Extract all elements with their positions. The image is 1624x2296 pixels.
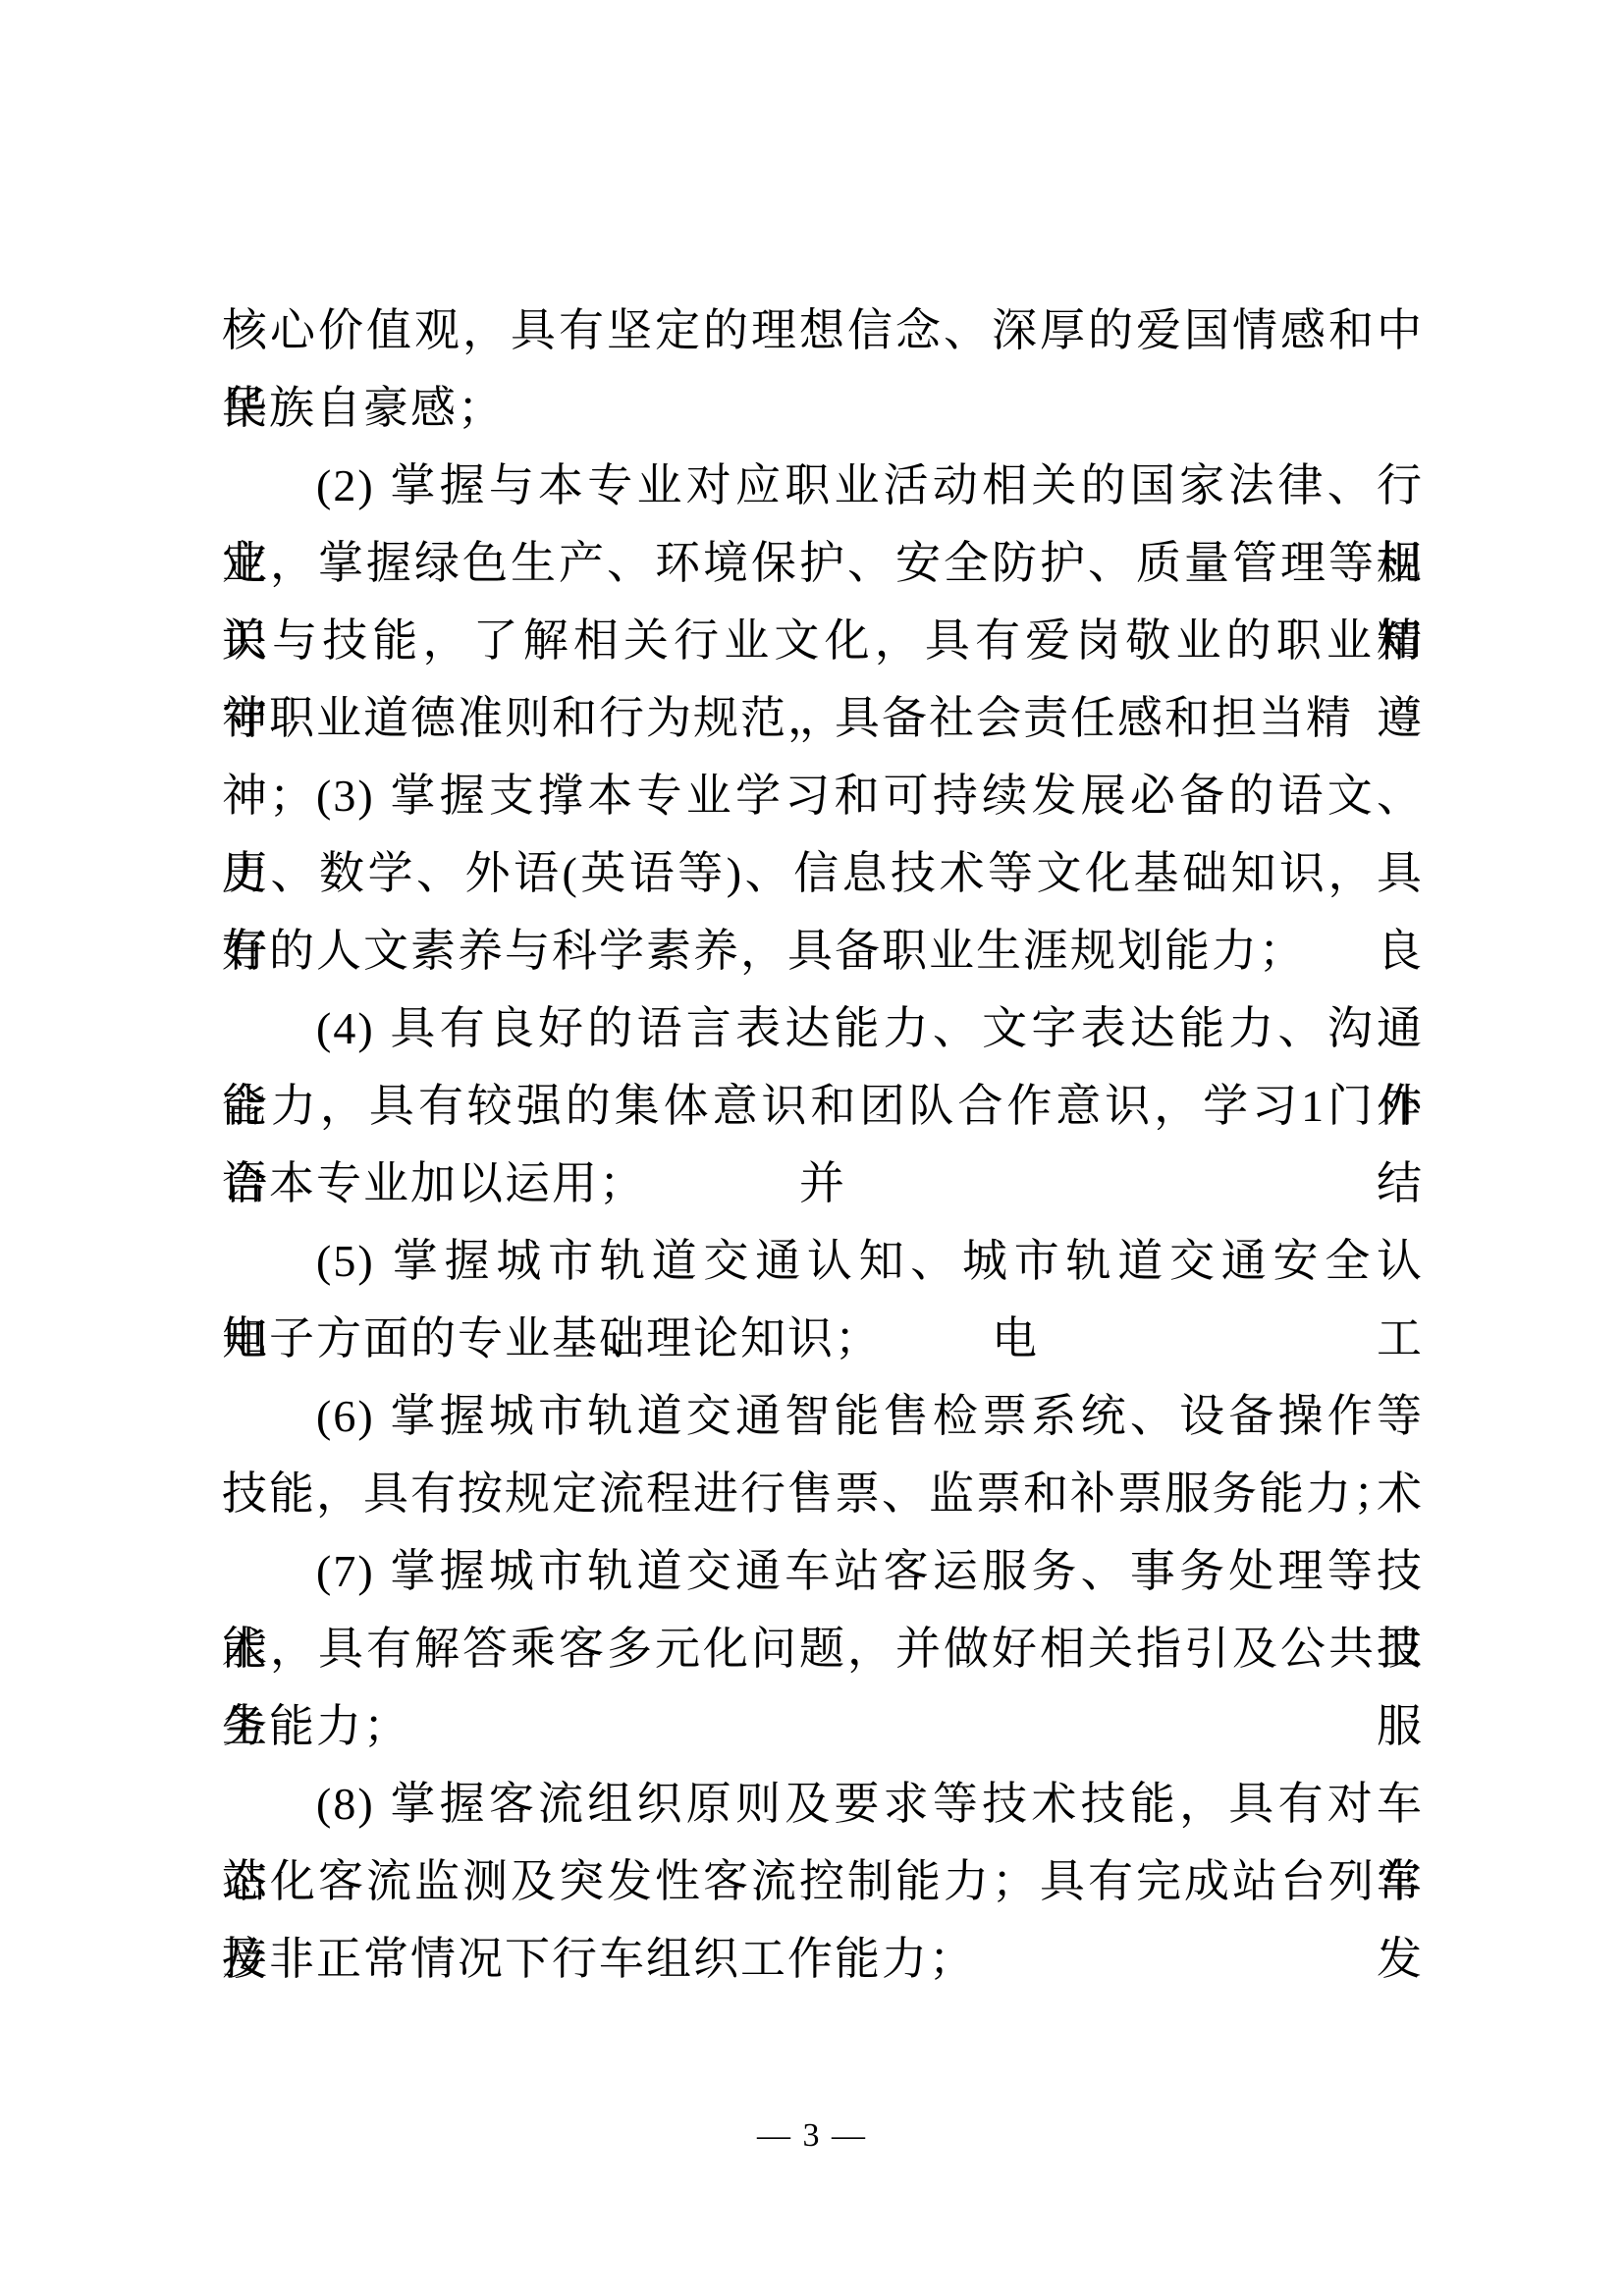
text-line: (5) 掌握城市轨道交通认知、城市轨道交通安全认知、电工 xyxy=(222,1222,1424,1300)
text-line: 识与技能，了解相关行业文化，具有爱岗敬业的职业精神，遵 xyxy=(222,602,1424,679)
text-line: 好的人文素养与科学素养，具备职业生涯规划能力； xyxy=(222,912,1424,989)
text-line: 能力，具有较强的集体意识和团队合作意识，学习1门外语并结 xyxy=(222,1067,1424,1145)
text-line: (4) 具有良好的语言表达能力、文字表达能力、沟通合作 xyxy=(222,989,1424,1067)
text-line: 态化客流监测及突发性客流控制能力；具有完成站台列车接发 xyxy=(222,1842,1424,1920)
text-line: 守职业道德准则和行为规范，具备社会责任感和担当精神； xyxy=(222,679,1424,757)
text-line: (2) 掌握与本专业对应职业活动相关的国家法律、行业规 xyxy=(222,447,1424,524)
text-line: 定，掌握绿色生产、环境保护、安全防护、质量管理等相关知 xyxy=(222,524,1424,602)
text-line: 能，具有解答乘客多元化问题，并做好相关指引及公共卫生服 xyxy=(222,1610,1424,1687)
document-body: 核心价值观，具有坚定的理想信念、深厚的爱国情感和中华民族自豪感；(2) 掌握与本… xyxy=(222,292,1424,1998)
text-line: (6) 掌握城市轨道交通智能售检票系统、设备操作等技术 xyxy=(222,1377,1424,1455)
text-line: 核心价值观，具有坚定的理想信念、深厚的爱国情感和中华 xyxy=(222,292,1424,369)
text-line: 史、数学、外语(英语等)、信息技术等文化基础知识，具有良 xyxy=(222,834,1424,912)
text-line: (8) 掌握客流组织原则及要求等技术技能，具有对车站常 xyxy=(222,1765,1424,1842)
text-line: (3) 掌握支撑本专业学习和可持续发展必备的语文、历 xyxy=(222,757,1424,834)
text-line: 民族自豪感； xyxy=(222,369,1424,447)
document-page: 核心价值观，具有坚定的理想信念、深厚的爱国情感和中华民族自豪感；(2) 掌握与本… xyxy=(0,0,1624,2296)
page-number: — 3 — xyxy=(0,2110,1624,2162)
text-line: (7) 掌握城市轨道交通车站客运服务、事务处理等技术技 xyxy=(222,1532,1424,1610)
text-line: 技能，具有按规定流程进行售票、监票和补票服务能力； xyxy=(222,1455,1424,1532)
